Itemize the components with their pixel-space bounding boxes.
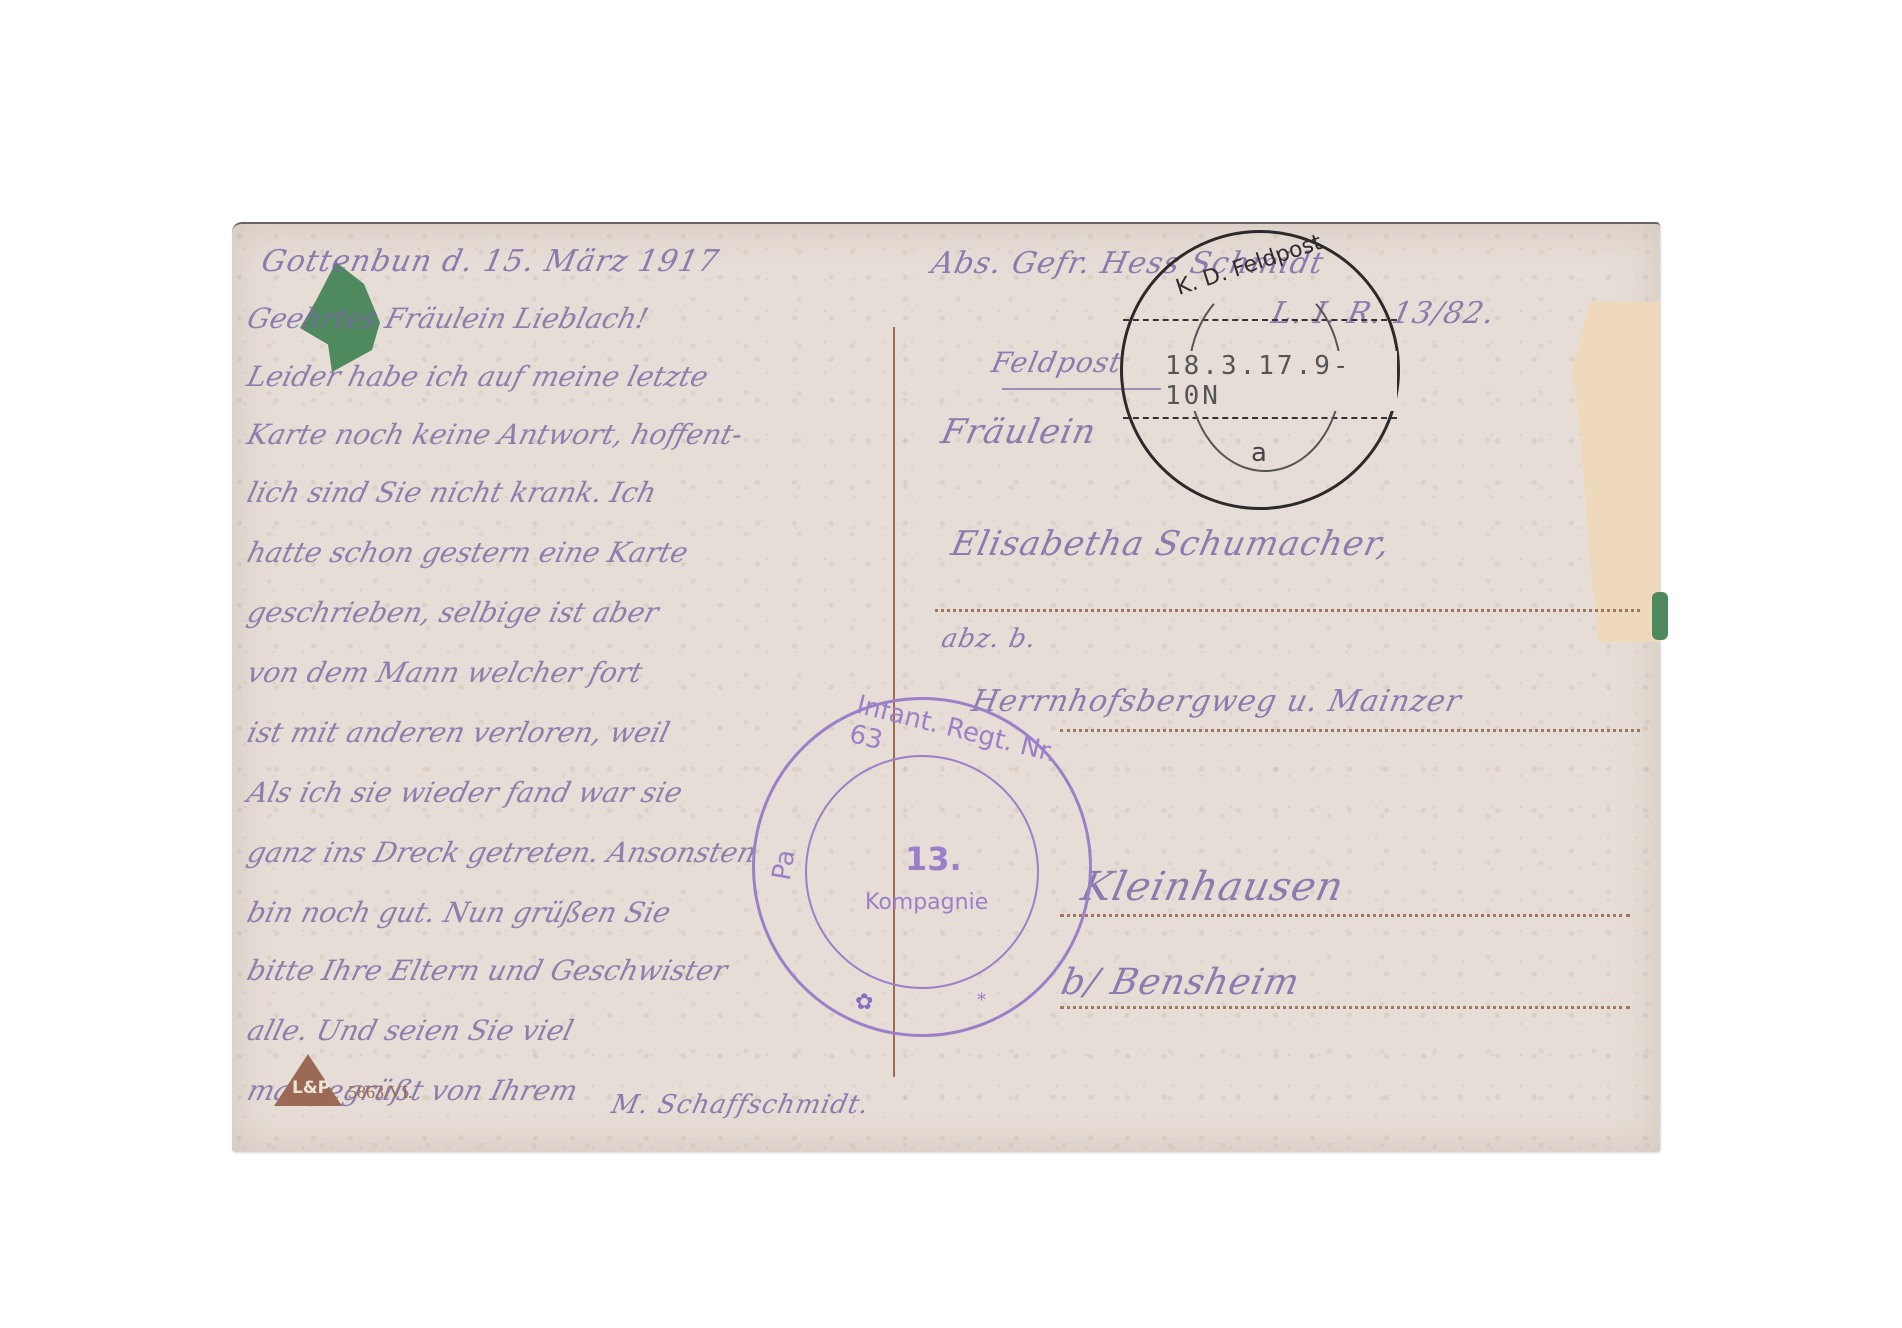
message-line: von dem Mann welcher fort <box>244 656 646 689</box>
company-number: 13. <box>905 840 962 878</box>
series-number: 5863/VI. <box>348 1082 413 1103</box>
message-line: ganz ins Dreck getreten. Ansonsten <box>244 836 760 869</box>
message-line: bitte Ihre Eltern und Geschwister <box>244 954 731 987</box>
message-line: hatte schon gestern eine Karte <box>244 536 692 569</box>
message-line: geschrieben, selbige ist aber <box>244 596 662 629</box>
postcard: Gottenbun d. 15. März 1917 Geehrtes Fräu… <box>232 222 1660 1152</box>
publisher-logo-text: L&P <box>292 1078 330 1098</box>
message-line: alle. Und seien Sie viel <box>244 1014 577 1047</box>
postmark-letter: a <box>1251 438 1267 468</box>
recipient-district: b/ Bensheim <box>1058 962 1304 1003</box>
recipient-street: Herrnhofsbergweg u. Mainzer <box>968 684 1465 719</box>
recipient-name: Elisabetha Schumacher, <box>948 524 1394 564</box>
feldpost-postmark: K. D. Feldpost 18.3.17.9-10N a <box>1120 230 1400 510</box>
postmark-date: 18.3.17.9-10N <box>1161 351 1397 411</box>
signature: M. Schaffschmidt. <box>609 1090 872 1120</box>
flower-ornament-icon: ✿ <box>855 990 873 1015</box>
recipient-care-of: abz. b. <box>939 624 1040 654</box>
recipient-salutation: Fräulein <box>938 412 1100 452</box>
recipient-town: Kleinhausen <box>1077 864 1348 910</box>
star-icon: * <box>977 990 986 1011</box>
message-line: Geehrtes Fräulein Lieblach! <box>244 302 652 335</box>
company-label: Kompagnie <box>865 890 988 915</box>
green-residue-edge <box>1652 592 1668 640</box>
message-line: ist mit anderen verloren, weil <box>244 716 673 749</box>
message-line: lich sind Sie nicht krank. Ich <box>244 476 660 509</box>
address-line-2 <box>1060 729 1640 732</box>
regiment-stamp-left-text: Pa <box>767 847 802 882</box>
address-line-1 <box>935 609 1640 612</box>
publisher-logo: L&P <box>274 1054 342 1106</box>
message-line: Karte noch keine Antwort, hoffent- <box>244 418 746 451</box>
message-line: Als ich sie wieder fand war sie <box>244 776 686 809</box>
message-date: Gottenbun d. 15. März 1917 <box>258 244 722 279</box>
address-line-4 <box>1060 1006 1630 1009</box>
address-line-3 <box>1060 914 1630 917</box>
regiment-stamp: Infant. Regt. Nr. 63 Pa 13. Kompagnie ✿ … <box>752 697 1092 1037</box>
sender-feldpost: Feldpost <box>988 346 1125 379</box>
message-line: Leider habe ich auf meine letzte <box>244 360 712 393</box>
message-line: bin noch gut. Nun grüßen Sie <box>244 896 674 929</box>
